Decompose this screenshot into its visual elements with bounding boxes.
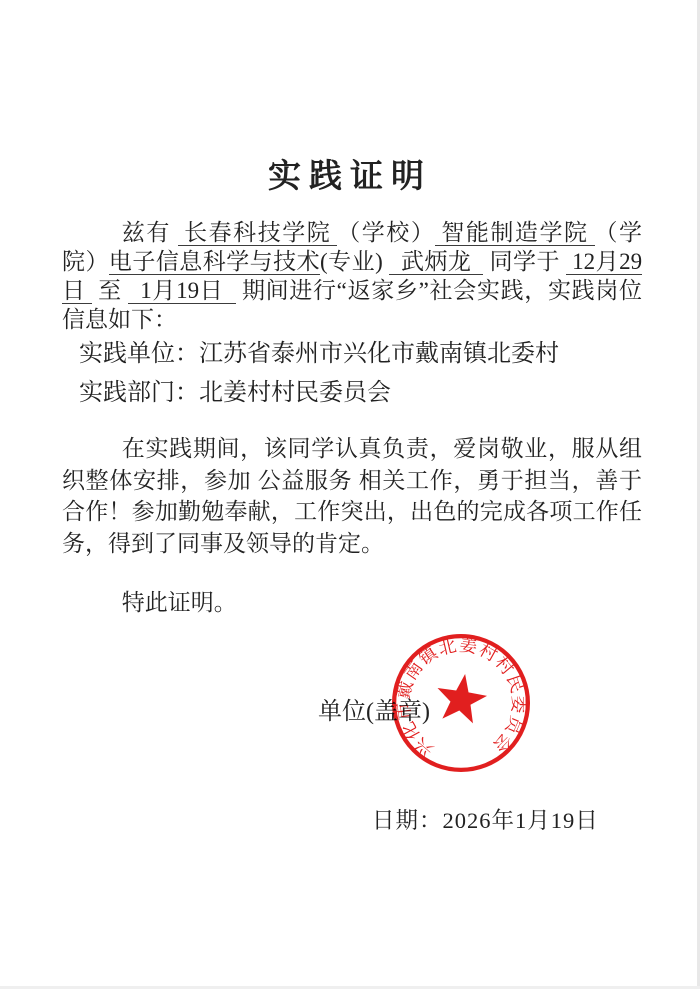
college-fill-in: 智能制造学院: [435, 220, 594, 246]
end-date-fill-in: 1月19日: [128, 278, 235, 304]
practice-fields: 实践单位：江苏省泰州市兴化市戴南镇北委村 实践部门：北姜村村民委员会: [79, 339, 559, 408]
intro-prefix: 兹有: [122, 220, 171, 245]
to-text: 至: [98, 278, 122, 303]
certificate-page: 实践证明 兹有 长春科技学院（学校）智能制造学院（学院）电子信息科学与技术(专业…: [0, 0, 700, 989]
practice-unit-row: 实践单位：江苏省泰州市兴化市戴南镇北委村: [79, 339, 559, 369]
practice-department-row: 实践部门：北姜村村民委员会: [79, 378, 559, 408]
date-line: 日期：2026年1月19日: [372, 803, 599, 835]
student-suffix: 同学于: [490, 249, 560, 274]
closing-statement: 特此证明。: [62, 584, 642, 617]
practice-unit-label: 实践单位：: [79, 341, 199, 367]
star-icon: [433, 670, 490, 725]
major-label: (专业): [320, 249, 383, 274]
practice-department-label: 实践部门：: [79, 380, 199, 406]
evaluation-paragraph: 在实践期间，该同学认真负责，爱岗敬业，服从组织整体安排，参加 公益服务 相关工作…: [62, 433, 642, 559]
major-fill-in: 电子信息科学与技术: [109, 249, 320, 275]
page-title: 实践证明: [0, 150, 700, 197]
practice-department-value: 北姜村村民委员会: [199, 380, 391, 406]
intro-paragraph: 兹有 长春科技学院（学校）智能制造学院（学院）电子信息科学与技术(专业) 武炳龙…: [62, 218, 642, 334]
school-label: （学校）: [337, 220, 435, 245]
official-seal: 兴化市戴南镇北姜村村民委员会: [385, 627, 537, 779]
practice-unit-value: 江苏省泰州市兴化市戴南镇北委村: [199, 341, 559, 367]
seal-graphic: 兴化市戴南镇北姜村村民委员会: [385, 627, 537, 779]
school-fill-in: 长春科技学院: [178, 220, 337, 246]
student-name-fill-in: 武炳龙: [389, 249, 483, 275]
